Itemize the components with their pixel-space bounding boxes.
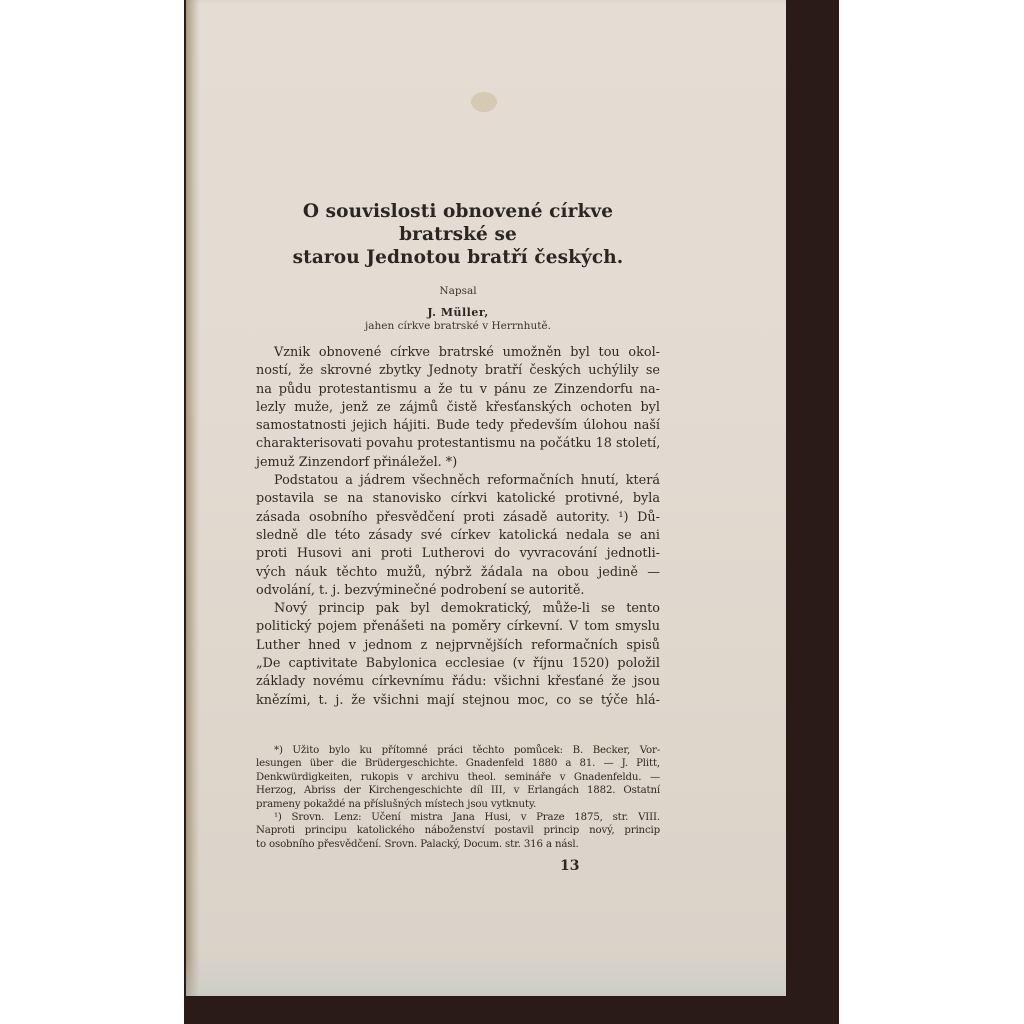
byline-label: Napsal [256,285,660,297]
body-line: Podstatou a jádrem všechněch reformačníc… [256,472,660,490]
body-line: charakterisovati povahu protestantismu n… [256,435,660,453]
body-line: postavila se na stanovisko církvi katoli… [256,490,660,508]
body-line: sledně dle této zásady své církev katoli… [256,527,660,545]
body-line: lezly muže, jenž ze zájmů čistě křesťans… [256,399,660,417]
body-line: Vznik obnovené církve bratrské umožněn b… [256,344,660,362]
footnote-line: lesungen über die Brüdergeschichte. Gnad… [256,757,660,770]
body-line: knězími, t. j. že všichni mají stejnou m… [256,692,660,710]
body-line: základy novému církevnímu řádu: všichni … [256,673,660,691]
footnote-line: *) Užito bylo ku přítomné práci těchto p… [256,744,660,757]
body-line: Luther hned v jednom z nejprvnějších ref… [256,637,660,655]
author-name: J. Müller, [256,306,660,319]
footnotes: *) Užito bylo ku přítomné práci těchto p… [256,744,660,851]
body-line: jemuž Zinzendorf přináležel. *) [256,454,660,472]
body-line: ností, že skrovné zbytky Jednoty bratří … [256,362,660,380]
paper-stain [471,92,497,112]
article-title: O souvislosti obnovené církve bratrské s… [256,200,660,269]
footnote-line: ¹) Srovn. Lenz: Učení mistra Jana Husi, … [256,811,660,824]
footnote-line: prameny pokaždé na příslušných místech j… [256,798,660,811]
body-line: proti Husovi ani proti Lutherovi do vyvr… [256,545,660,563]
page-number: 13 [560,858,579,874]
scan-scene: O souvislosti obnovené církve bratrské s… [0,0,1024,1024]
body-line: politický pojem přenášeti na poměry círk… [256,618,660,636]
footnote-line: Denkwürdigkeiten, rukopis v archivu theo… [256,771,660,784]
body-line: Nový princip pak byl demokratický, může-… [256,600,660,618]
title-line: starou Jednotou bratří českých. [256,246,660,269]
footnote-line: to osobního přesvědčení. Srovn. Palacký,… [256,838,660,851]
footnote-line: Herzog, Abriss der Kirchengeschichte díl… [256,784,660,797]
body-line: na půdu protestantismu a že tu v pánu ze… [256,381,660,399]
body-line: samostatnosti jejich hájiti. Bude tedy p… [256,417,660,435]
body-line: odvolání, t. j. bezvýminečné podrobení s… [256,582,660,600]
title-block: O souvislosti obnovené církve bratrské s… [256,200,660,332]
footnote-line: Naproti principu katolického náboženství… [256,824,660,837]
author-role: jahen církve bratrské v Herrnhutě. [256,320,660,332]
body-line: „De captivitate Babylonica ecclesiae (v … [256,655,660,673]
body-line: zásada osobního přesvědčení proti zásadě… [256,509,660,527]
title-line: O souvislosti obnovené církve bratrské s… [256,200,660,246]
body-text: Vznik obnovené církve bratrské umožněn b… [256,344,660,710]
body-line: vých náuk těchto mužů, nýbrž žádala na o… [256,564,660,582]
